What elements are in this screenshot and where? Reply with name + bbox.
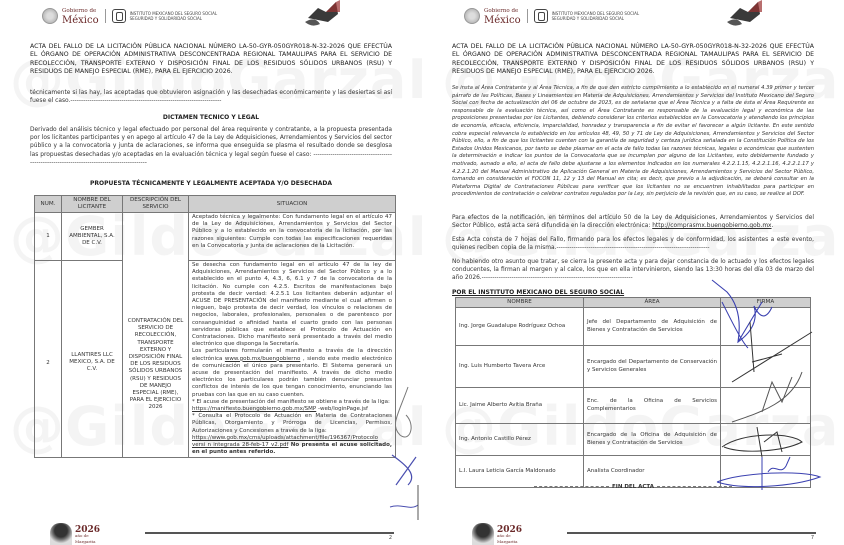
col-header-descripcion: DESCRIPCIÓN DEL SERVICIO [123,196,189,213]
logo-separator [527,9,528,23]
portrait-icon [50,523,72,545]
page-number: 7 [811,535,814,541]
document-page-2: @GildoGarzaMx @GildoGarzaMx @GildoGarzaM… [0,0,422,545]
dictamen-paragraph: Derivado del análisis técnico y legal ef… [30,126,392,167]
signatory-name: L.I. Laura Leticia García Maldonado [456,456,584,488]
notification-paragraph: Para efectos de la notificación, en térm… [452,214,814,230]
signatory-area: Encargado del Departamento de Conservaci… [584,346,721,388]
table-row: Ing. Luis Humberto Tavera Arce Encargado… [456,346,811,388]
signature-field [721,308,811,346]
closing-paragraph: No habiendo otro asunto que tratar, se c… [452,258,814,283]
imss-logo-icon [534,9,548,23]
instruction-paragraph: Se insta al Área Contratante y al Área T… [452,85,814,199]
mexico-seal-icon [42,8,58,24]
gobierno-logo: Gobierno de México [62,7,99,25]
col-header-firma: FIRMA [721,298,811,308]
col-header-num: NUM. [35,196,62,213]
intro-paragraph: técnicamente si las hay, las aceptadas q… [30,89,392,105]
row-num: 2 [35,261,62,458]
row-situacion: Aceptado técnica y legalmente: Con funda… [189,213,396,261]
logo-separator [105,9,106,23]
proposals-table: NUM. NOMBRE DEL LICITANTE DESCRIPCIÓN DE… [34,195,396,458]
dictamen-heading: DICTAMEN TECNICO Y LEGAL [30,114,392,121]
situacion-text: * Consulta el Protocolo de Actuación en … [192,413,392,435]
flag-illustration-icon [300,0,342,30]
document-page-7: @GildoGarzaMx @GildoGarzaMx @GildoGarzaM… [422,0,844,545]
footer-rule [567,532,816,534]
row-situacion: Se desecha con fundamento legal en el ar… [189,261,396,458]
end-of-act-label: FIN DEL ACTA [522,484,744,490]
row-num: 1 [35,213,62,261]
footer-logo: 2026 año de Margarita [50,523,100,545]
table-row: Ing. Jorge Guadalupe Rodríguez Ochoa Jef… [456,308,811,346]
situacion-text: https://www.gob.mx/cms/uploads/attachmen… [192,435,392,457]
table-row: L.I. Laura Leticia García Maldonado Anal… [456,456,811,488]
signatory-name: Lic. Jaime Alberto Avitia Braña [456,388,584,424]
page-header: Gobierno de México INSTITUTO MEXICANO DE… [464,4,639,28]
signature-field [721,388,811,424]
document-title: ACTA DEL FALLO DE LA LICITACIÓN PÚBLICA … [452,43,814,76]
signatory-area: Jefe del Departamento de Adquisición de … [584,308,721,346]
imss-logo-text: INSTITUTO MEXICANO DEL SEGURO SOCIAL SEG… [130,11,217,21]
table-row: 1 GEMBER AMBIENTAL, S.A. DE C.V. CONTRAT… [35,213,396,261]
footer-rule [145,532,394,534]
signatory-area: Analista Coordinador [584,456,721,488]
imss-logo-text: INSTITUTO MEXICANO DEL SEGURO SOCIAL SEG… [552,11,639,21]
signature-field [721,346,811,388]
signatory-name: Ing. Luis Humberto Tavera Arce [456,346,584,388]
signatory-name: Ing. Antonio Castillo Pérez [456,424,584,456]
buengobierno-link[interactable]: www.gob.mx/buengobierno [225,356,300,362]
signatory-area: Enc. de la Oficina de Servicios Compleme… [584,388,721,424]
table-row: Ing. Antonio Castillo Pérez Encargado de… [456,424,811,456]
page-number: 2 [389,535,392,541]
row-descripcion: CONTRATACIÓN DEL SERVICIO DE RECOLECCIÓN… [123,213,189,458]
situacion-text: Los particulares formularán el manifiest… [192,348,392,398]
flag-illustration-icon [722,0,764,30]
gobierno-logo: Gobierno de México [484,7,521,25]
footer-logo: 2026 año de Margarita [472,523,522,545]
signature-field [721,456,811,488]
row-licitante: GEMBER AMBIENTAL, S.A. DE C.V. [62,213,123,261]
table-row: 2 LLANTIRES LLC MEXICO, S.A. DE C.V. Se … [35,261,396,458]
table-heading: PROPUESTA TÉCNICAMENTE Y LEGALMENTE ACEP… [30,180,392,187]
col-header-licitante: NOMBRE DEL LICITANTE [62,196,123,213]
situacion-text: * El acuse de presentación del manifiest… [192,399,392,406]
imss-logo-icon [112,9,126,23]
manifiesto-link[interactable]: https://manifiesto.buengobierno.gob.mx/S… [192,406,316,412]
col-header-area: ÁREA [584,298,721,308]
col-header-nombre: NOMBRE [456,298,584,308]
table-row: Lic. Jaime Alberto Avitia Braña Enc. de … [456,388,811,424]
document-title: ACTA DEL FALLO DE LA LICITACIÓN PÚBLICA … [30,43,392,76]
consta-paragraph: Esta Acta consta de 7 hojas del Fallo, f… [452,236,814,252]
signatory-name: Ing. Jorge Guadalupe Rodríguez Ochoa [456,308,584,346]
comprasmx-link[interactable]: http://comprasmx.buengobierno.gob.mx [652,223,771,229]
signatures-table: NOMBRE ÁREA FIRMA Ing. Jorge Guadalupe R… [455,297,811,488]
mexico-seal-icon [464,8,480,24]
row-licitante: LLANTIRES LLC MEXICO, S.A. DE C.V. [62,261,123,458]
col-header-situacion: SITUACION [189,196,396,213]
page-header: Gobierno de México INSTITUTO MEXICANO DE… [42,4,217,28]
signatory-area: Encargado de la Oficina de Adquisición d… [584,424,721,456]
situacion-text: Se desecha con fundamento legal en el ar… [192,262,392,348]
portrait-icon [472,523,494,545]
signature-field [721,424,811,456]
signatures-heading: POR EL INSTITUTO MEXICANO DEL SEGURO SOC… [452,289,814,296]
